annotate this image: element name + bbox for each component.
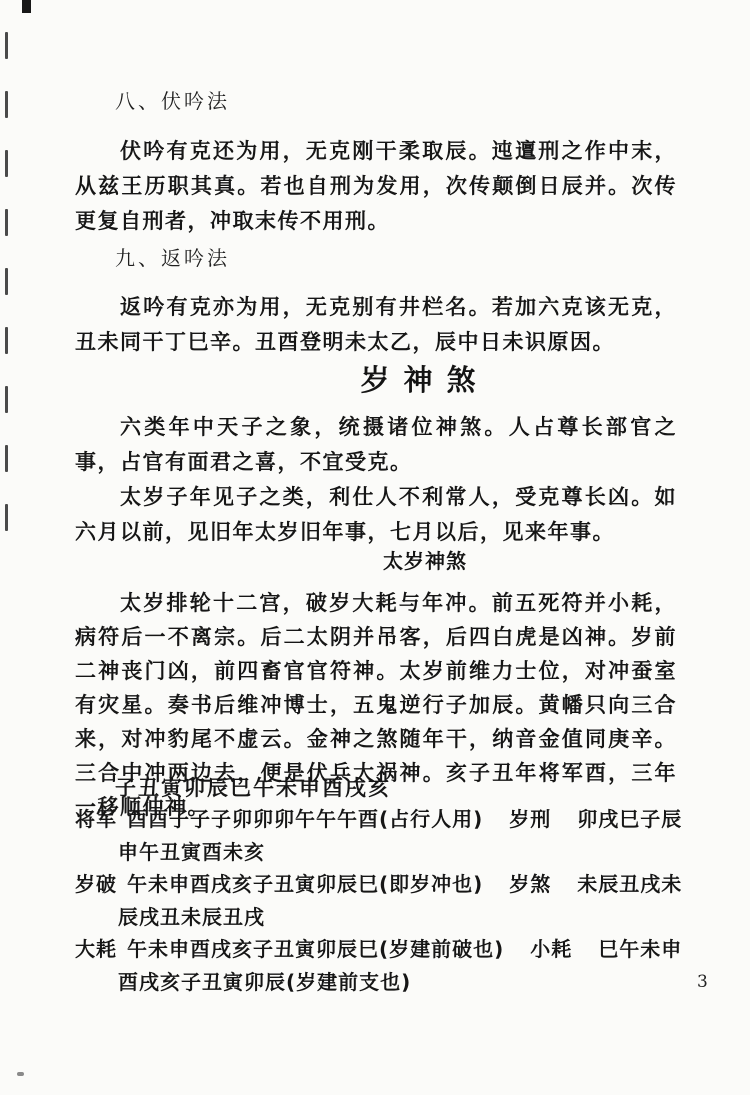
earthly-branches-header: 子丑寅卯辰巳午未申酉戌亥 xyxy=(115,772,391,802)
row-label: 小耗 xyxy=(530,933,572,962)
section-heading-fanyin: 九、返吟法 xyxy=(115,242,230,271)
page-number: 3 xyxy=(697,972,708,992)
scan-artifact-dash xyxy=(5,268,8,295)
row-values: 午未申酉戌亥子丑寅卯辰巳(岁建前破也) xyxy=(127,933,504,962)
row-label: 大耗 xyxy=(75,933,117,962)
table-row-continuation: 酉戌亥子丑寅卯辰(岁建前支也) xyxy=(75,966,715,999)
row-values: 酉戌亥子丑寅卯辰(岁建前支也) xyxy=(118,966,411,995)
scan-artifact-dash xyxy=(5,209,8,236)
table-row-suipo: 岁破 午未申酉戌亥子丑寅卯辰巳(即岁冲也) 岁煞 未辰丑戌未 xyxy=(75,868,715,901)
paragraph-suishensha-2: 太岁子年见子之类，利仕人不利常人，受克尊长凶。如六月以前，见旧年太岁旧年事，七月… xyxy=(75,480,677,550)
table-row-continuation: 辰戌丑未辰丑戌 xyxy=(75,901,715,934)
scanned-book-page: 八、伏吟法 伏吟有克还为用，无克刚干柔取辰。迍邅刑之作中末，从兹王历职其真。若也… xyxy=(0,0,750,1095)
row-values: 未辰丑戌未 xyxy=(577,868,682,897)
table-row-continuation: 申午丑寅酉未亥 xyxy=(75,836,715,869)
table-row-dahao: 大耗 午未申酉戌亥子丑寅卯辰巳(岁建前破也) 小耗 巳午未申 xyxy=(75,933,715,966)
row-values: 辰戌丑未辰丑戌 xyxy=(118,901,265,930)
paragraph-fuyin: 伏吟有克还为用，无克刚干柔取辰。迍邅刑之作中末，从兹王历职其真。若也自刑为发用，… xyxy=(75,134,677,239)
table-row-jiangjun: 将军 酉酉子子子卯卯卯午午午酉(占行人用) 岁刑 卯戌巳子辰 xyxy=(75,803,715,836)
scan-artifact-speck xyxy=(17,1072,24,1076)
paragraph-fanyin: 返吟有克亦为用，无克别有井栏名。若加六克该无克，丑未同干丁巳辛。丑酉登明未太乙，… xyxy=(75,290,677,360)
scan-artifact-dash xyxy=(5,150,8,177)
scan-artifact-dash xyxy=(5,32,8,59)
section-heading-fuyin: 八、伏吟法 xyxy=(115,85,230,114)
row-label: 岁煞 xyxy=(509,868,551,897)
shensha-table: 将军 酉酉子子子卯卯卯午午午酉(占行人用) 岁刑 卯戌巳子辰 申午丑寅酉未亥 岁… xyxy=(75,803,715,998)
scan-artifact-dash xyxy=(5,445,8,472)
row-label: 岁刑 xyxy=(509,803,551,832)
row-values: 酉酉子子子卯卯卯午午午酉(占行人用) xyxy=(127,803,483,832)
chapter-title-suishensha: 岁神煞 xyxy=(0,358,750,399)
subsection-title-taisui: 太岁神煞 xyxy=(0,545,750,574)
scan-artifact-dash xyxy=(5,91,8,118)
row-values: 卯戌巳子辰 xyxy=(577,803,682,832)
row-label: 将军 xyxy=(75,803,117,832)
row-values: 申午丑寅酉未亥 xyxy=(118,836,265,865)
row-values: 巳午未申 xyxy=(598,933,682,962)
row-label: 岁破 xyxy=(75,868,117,897)
scan-artifact-dash xyxy=(5,327,8,354)
scan-artifact-speck xyxy=(22,0,31,13)
row-values: 午未申酉戌亥子丑寅卯辰巳(即岁冲也) xyxy=(127,868,483,897)
paragraph-suishensha-1: 六类年中天子之象，统摄诸位神煞。人占尊长部官之事，占官有面君之喜，不宜受克。 xyxy=(75,410,677,480)
scan-artifact-dash xyxy=(5,504,8,531)
